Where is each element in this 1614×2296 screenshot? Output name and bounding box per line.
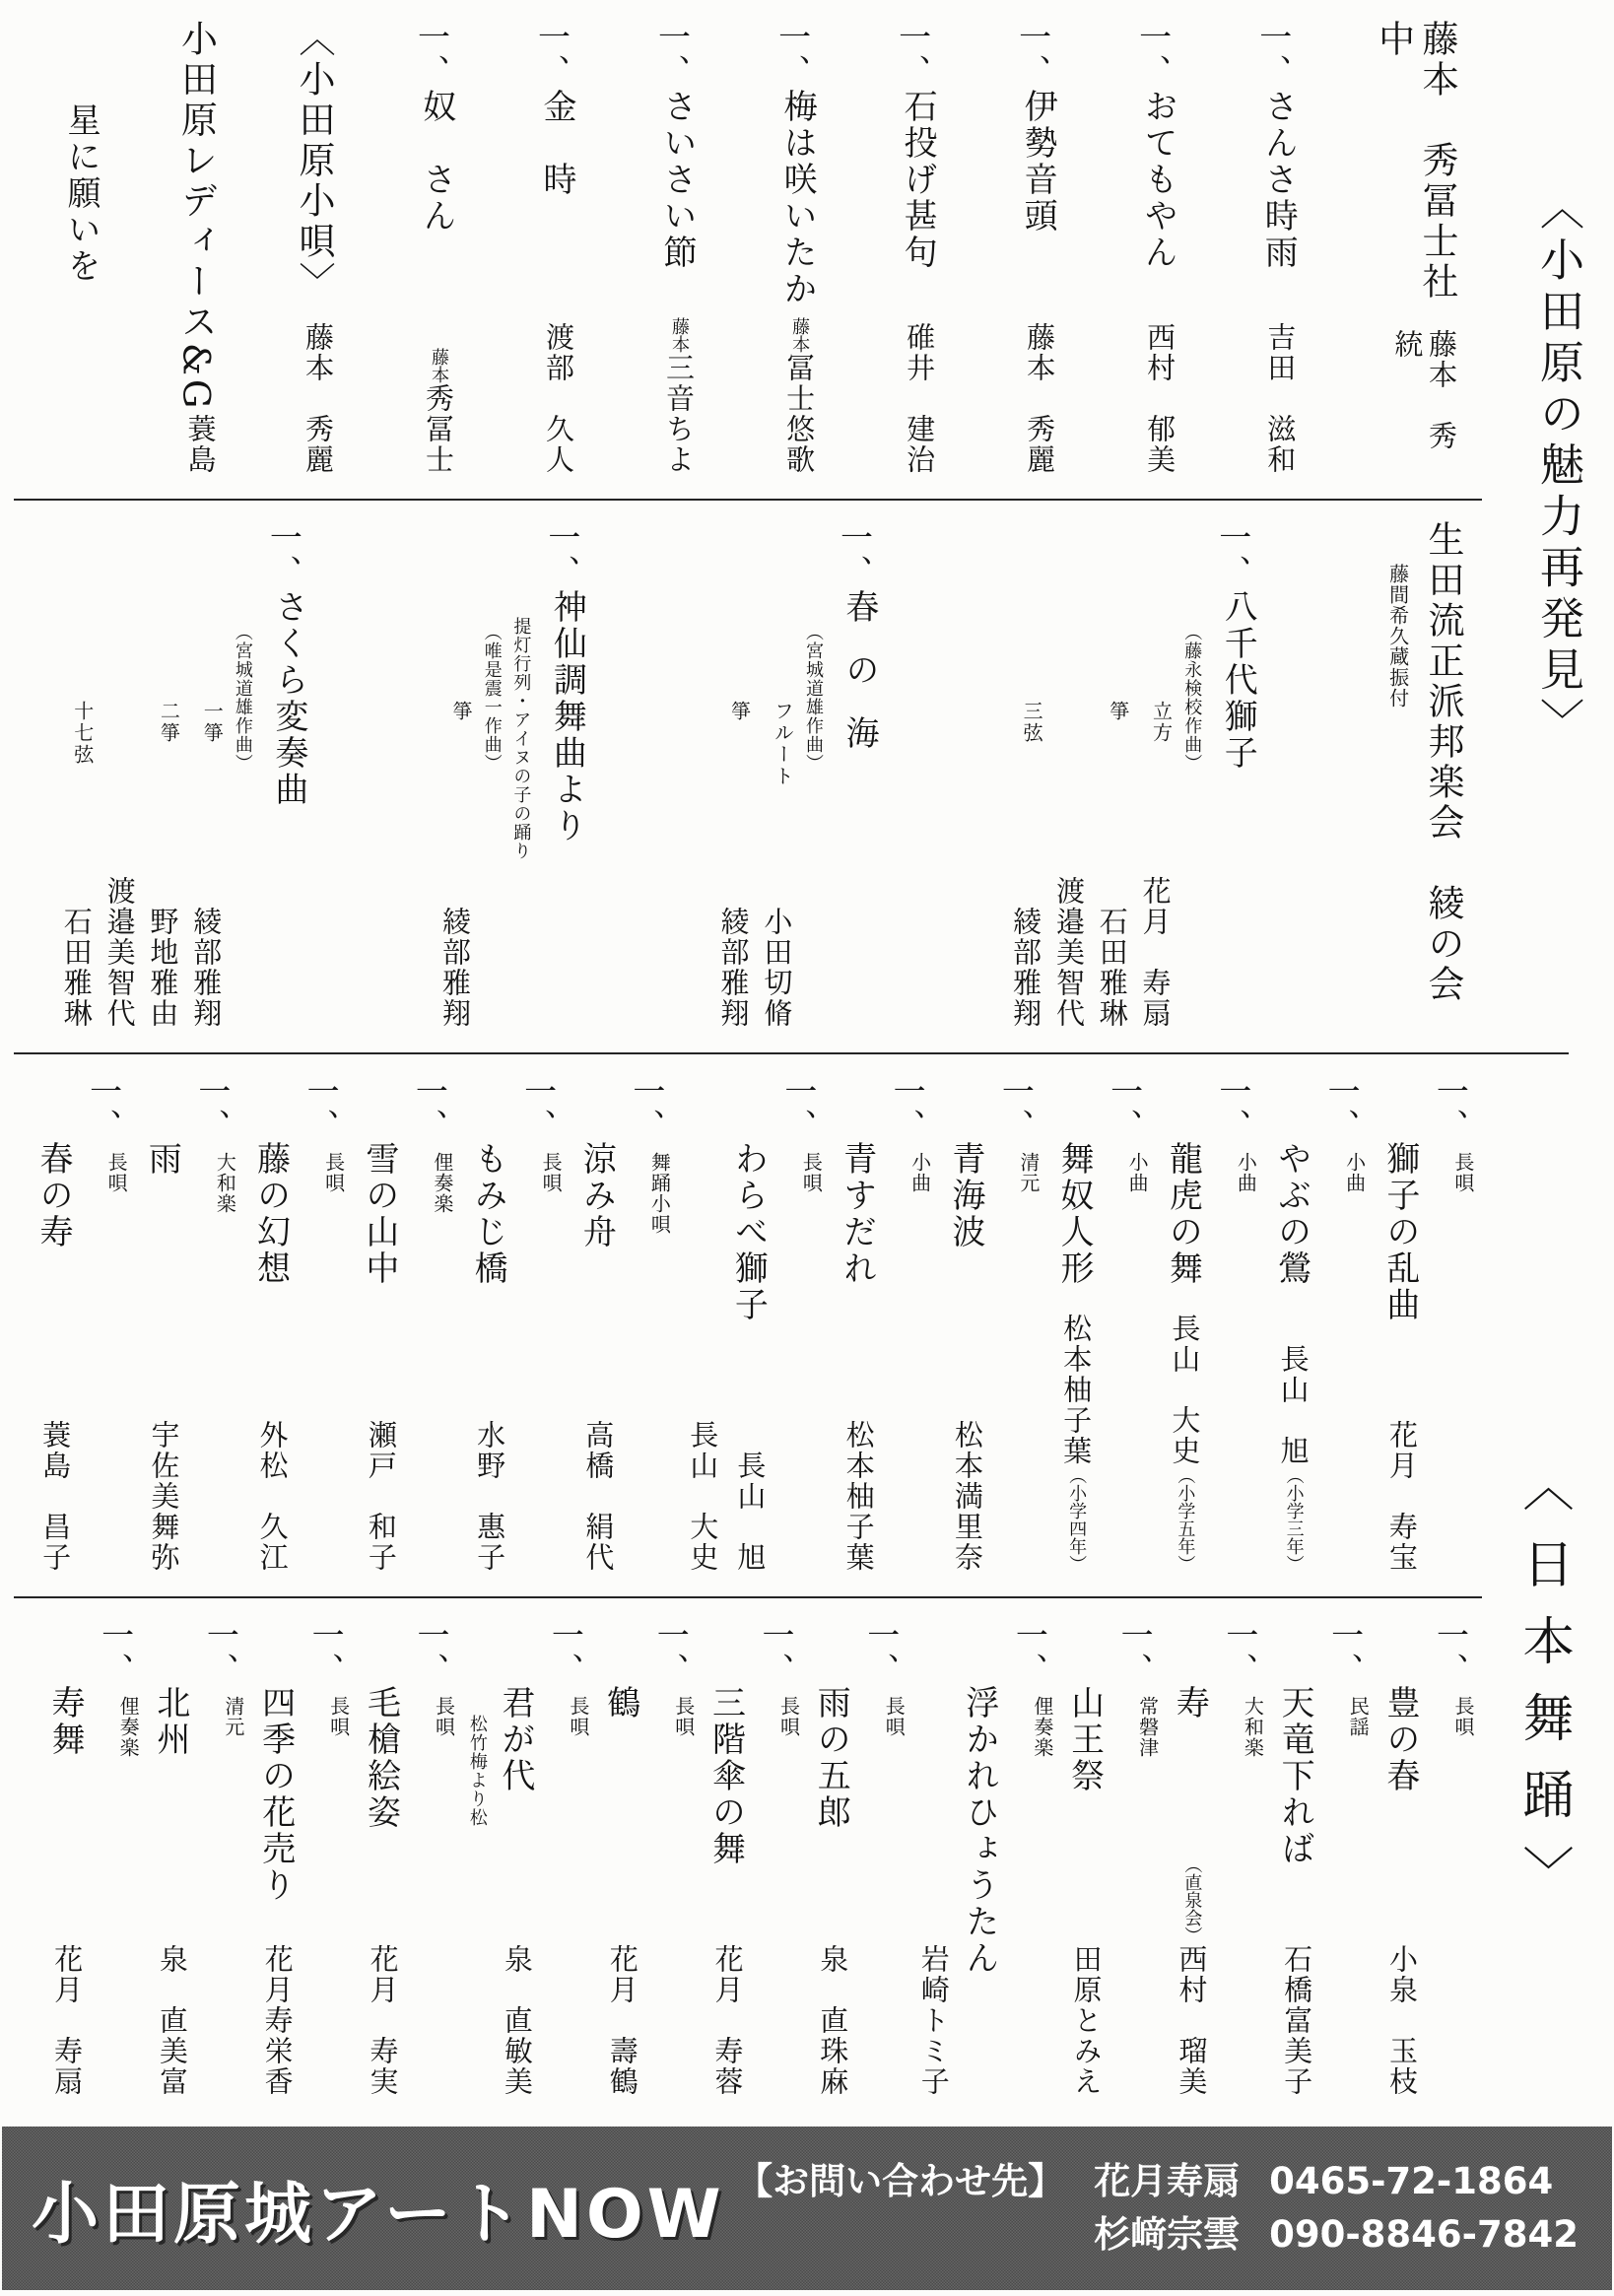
entry-number: 一、 (770, 20, 816, 89)
performer: 宇佐美舞弥 (142, 1420, 180, 1573)
entry-head-strip: 一、長唄 (648, 1618, 695, 2097)
entry-number: 一、 (1112, 1618, 1159, 1687)
entry-head-strip: 一、俚奏楽 (93, 1618, 139, 2097)
performer-name: 綾部雅翔 (189, 907, 223, 1029)
performer-name: 花月 壽鶴 (606, 1944, 639, 2097)
entry-number: 一、 (1210, 520, 1256, 589)
entry-head-strip: 一、俚奏楽 (407, 1074, 453, 1573)
contact-name: 杉﨑宗雲 (1094, 2212, 1240, 2258)
entry-number: 一、 (1428, 1618, 1474, 1687)
performer: 蓑島 昌子 (34, 1420, 72, 1573)
performer-name: 松本柚子葉 (1059, 1314, 1093, 1466)
performer: 小田切脩 (760, 907, 794, 1029)
group-title: 藤本 秀冨士社中 (1371, 20, 1458, 329)
performer: 石橋富美子 (1275, 1944, 1313, 2097)
program-entry: 一、長唄藤の幻想外松 久江 (251, 1074, 345, 1573)
performer: 高橋 絹代 (576, 1420, 615, 1573)
entry-number: 一、 (1319, 1074, 1366, 1143)
entry-main-strip: 一、金 時渡部 久人 (529, 20, 575, 475)
performer: 藤本 秀統 (1371, 329, 1458, 475)
program-entry: 一、さんさ時雨吉田 滋和 (1250, 20, 1297, 475)
program-entry: 一、石投げ甚句碓井 建治 (890, 20, 936, 475)
program-entry: 一、小曲青すだれ松本柚子葉 (838, 1074, 931, 1573)
performer-name: 水野 惠子 (473, 1420, 506, 1573)
entry-subtitle-strip: 提灯行列・アイヌの子の踊り (510, 520, 531, 1029)
program-section-buyo-2: 一、長唄豊の春小泉 玉枝一、民謡天竜下れば石橋富美子一、大和楽寿（直泉会）西村 … (0, 1598, 1614, 2123)
entry-genre: 長唄 (1428, 1152, 1474, 1193)
entry-genre: 長唄 (648, 1696, 695, 1737)
entry-number: 一、 (1217, 1618, 1263, 1687)
entry-number: 一、 (93, 1618, 139, 1687)
entry-head-strip: 一、大和楽 (1217, 1618, 1263, 2097)
performer: 長山 大史（小学五年） (1163, 1314, 1201, 1573)
group-subtitle-strip: 藤間希久蔵振付 (1387, 520, 1409, 1029)
entry-genre: 長唄 (81, 1152, 127, 1193)
program-entry: 一、奴 さん藤本秀冨士 (409, 20, 455, 475)
program-entry: 一、長唄わらべ獅子長山 旭長山 大史 (686, 1074, 823, 1573)
performer-name: 石橋富美子 (1280, 1944, 1313, 2097)
program-entry: 一、舞踊小唄涼み舟高橋 絹代 (576, 1074, 670, 1573)
entry-main-strip: 一、八千代獅子 (1210, 520, 1256, 1029)
performer-name: 西村 郁美 (1143, 322, 1177, 475)
entry-number: 一、 (1428, 1074, 1474, 1143)
entry-number: 一、 (1010, 20, 1056, 89)
entry-genre: 俚奏楽 (1007, 1696, 1053, 1758)
performer-name: 藤本 秀統 (1390, 329, 1458, 451)
entry-genre: 舞踊小唄 (624, 1152, 670, 1235)
performer-note: （小学三年） (1284, 1466, 1305, 1573)
performer-name: 綾部雅翔 (1009, 907, 1042, 1029)
divider (14, 1596, 1482, 1598)
entry-number: 一、 (543, 1618, 589, 1687)
performer-name: 小泉 玉枝 (1385, 1944, 1419, 2097)
program-entry: 一、おてもやん西村 郁美 (1130, 20, 1177, 475)
group-title: 生田流正派邦楽会 綾の会 (1421, 520, 1464, 1005)
entry-main-strip: 雪の山中瀬戸 和子 (360, 1074, 398, 1573)
program-entry: 一、常磐津山王祭田原とみえ (1065, 1618, 1159, 2097)
entry-head-strip: 一、小曲 (1319, 1074, 1366, 1573)
entry-main-strip: 一、伊勢音頭藤本 秀麗 (1010, 20, 1056, 475)
performer: 花月 寿宝 (1380, 1420, 1419, 1573)
performer: 長山 大史 (686, 1420, 720, 1573)
performer: 花月 寿蓉 (706, 1944, 744, 2097)
performer: 石田雅琳 (1095, 907, 1129, 1029)
entry-composer-strip: （宮城道雄作曲） (232, 520, 252, 1029)
entry-number: 一、 (1210, 1074, 1256, 1143)
entry-title: 四季の花売り (256, 1685, 295, 1904)
entry-composer-note: （宮城道雄作曲） (802, 623, 823, 773)
performer: 野地雅由 (146, 907, 180, 1029)
performer-name: 花月 寿宝 (1385, 1420, 1419, 1573)
performer: 綾部雅翔 (188, 907, 223, 1029)
entry-main-strip: 一、石投げ甚句碓井 建治 (890, 20, 936, 475)
entry-genre: 長唄 (515, 1152, 562, 1193)
program-section-hougaku: 生田流正派邦楽会 綾の会藤間希久蔵振付一、八千代獅子（藤永検校作曲）立方花月 寿… (0, 501, 1614, 1054)
entry-title: さくら変奏曲 (261, 589, 307, 808)
entry-genre: 大和楽 (1217, 1696, 1263, 1758)
performer: 泉 直美富 (151, 1944, 189, 2097)
entry-title: 春の海 (832, 589, 878, 778)
performer-note: （小学五年） (1175, 1466, 1195, 1573)
entry-title: 舞奴人形 (1054, 1141, 1093, 1287)
entry-genre: 大和楽 (189, 1152, 235, 1214)
entry-number: 一、 (624, 1074, 670, 1143)
performer-name: 秀冨士 (422, 383, 455, 475)
entry-title: 天竜下れば (1275, 1685, 1313, 1867)
contact-tel: 0465-72-1864 (1269, 2159, 1579, 2204)
entry-main-strip: 青すだれ松本柚子葉 (838, 1074, 876, 1573)
entry-title: さいさい節 (649, 89, 696, 271)
entry-main-strip: 一、神仙調舞曲より (539, 520, 585, 1029)
entry-number: 一、 (775, 1074, 822, 1143)
performer-strip: フルート小田切脩 (760, 520, 794, 1029)
entry-title: やぶの鶯 (1272, 1141, 1311, 1287)
performer: 花月 寿実 (361, 1944, 399, 2097)
program-entry: 一、長唄豊の春小泉 玉枝 (1380, 1618, 1474, 2097)
entry-title: 梅は咲いたか (770, 89, 816, 307)
entry-genre: 長唄 (303, 1696, 350, 1737)
group-header-strip: 生田流正派邦楽会 綾の会 (1421, 520, 1464, 1029)
entry-head-strip: 一、俚奏楽 (1007, 1618, 1053, 2097)
entry-head-strip: 一、清元 (198, 1618, 244, 2097)
entry-main-strip: 北州泉 直美富 (151, 1618, 189, 2097)
program-entry: 一、金 時渡部 久人 (529, 20, 575, 475)
performer-label: フルート (760, 701, 794, 787)
program-entry: 一、梅は咲いたか藤本冨士悠歌 (770, 20, 816, 475)
entry-main-strip: わらべ獅子長山 旭 (728, 1074, 767, 1573)
performer-label: 箏 (1095, 701, 1129, 722)
group-title: 〈小田原小唄〉 (292, 20, 335, 303)
entry-main-strip: 雨宇佐美舞弥 (142, 1074, 180, 1573)
entry-genre: 俚奏楽 (407, 1152, 453, 1214)
program-entry: 一、長唄獅子の乱曲花月 寿宝 (1380, 1074, 1474, 1573)
performer-name: 綾部雅翔 (717, 907, 751, 1029)
entry-main-strip: 豊の春小泉 玉枝 (1380, 1618, 1419, 2097)
entry-composer-note: （宮城道雄作曲） (232, 623, 252, 773)
program-entry: 一、俚奏楽浮かれひょうたん岩崎トミ子 (916, 1618, 1053, 2097)
performer: 松本柚子葉（小学四年） (1054, 1314, 1093, 1573)
group-header: 生田流正派邦楽会 綾の会藤間希久蔵振付 (1387, 520, 1464, 1029)
entry-title: 山王祭 (1065, 1685, 1104, 1794)
entry-main-strip: 君が代泉 直敏美 (496, 1618, 534, 2097)
entry-title: 寿 (1170, 1685, 1208, 1722)
performer: 瀬戸 和子 (360, 1420, 398, 1573)
performer-name: 花月 寿扇 (50, 1944, 84, 2097)
program-entry: 一、俚奏楽寿舞花月 寿扇 (45, 1618, 139, 2097)
entry-main-strip: 一、さいさい節藤本三音ちよ (649, 20, 696, 475)
program-page: 〈小田原の魅力再発見〉 〈日本舞踊〉 藤本 秀冨士社中藤本 秀統一、さんさ時雨吉… (0, 0, 1614, 2296)
entry-composer-strip: （藤永検校作曲） (1181, 520, 1202, 1029)
entry-number: 一、 (1322, 1618, 1369, 1687)
performer-name: 泉 直敏美 (501, 1944, 534, 2097)
performer-label: 三弦 (1008, 701, 1042, 744)
entry-main-strip: 四季の花売り花月寿栄香 (256, 1618, 295, 2097)
performer: 綾部雅翔 (716, 907, 751, 1029)
entry-title: 青海波 (946, 1141, 984, 1250)
contact-block: 【お問い合わせ先】 花月寿扇 0465-72-1864 杉﨑宗雲 090-884… (736, 2159, 1579, 2259)
performer-strip: 立方花月 寿扇 (1138, 520, 1173, 1029)
entry-title: 藤の幻想 (251, 1141, 290, 1287)
entry-main-strip: 毛槍絵姿花月 寿実 (361, 1618, 399, 2097)
performer-strip: 箏綾部雅翔 (437, 520, 472, 1029)
performer-label: 箏 (437, 701, 472, 722)
entry-main-strip: 春の寿蓑島 昌子 (34, 1074, 72, 1573)
entry-number: 一、 (189, 1074, 235, 1143)
entry-main-strip: 山王祭田原とみえ (1065, 1618, 1104, 2097)
entry-head-strip: 一、長唄 (753, 1618, 799, 2097)
program-entry: 一、大和楽雨宇佐美舞弥 (142, 1074, 235, 1573)
performer: 水野 惠子 (468, 1420, 506, 1573)
performer-name: 外松 久江 (256, 1420, 290, 1573)
performer-name: 碓井 建治 (903, 322, 936, 475)
entry-number: 一、 (539, 520, 585, 589)
performer-name: 西村 瑠美 (1175, 1944, 1208, 2097)
entry-title: 八千代獅子 (1210, 589, 1256, 772)
entry-number: 一、 (299, 1074, 345, 1143)
entry-title: わらべ獅子 (728, 1141, 767, 1323)
program-entry: 一、大和楽寿（直泉会）西村 瑠美 (1170, 1618, 1263, 2097)
performer-name: 松本柚子葉 (842, 1420, 876, 1573)
performer: 綾部雅翔 (1008, 907, 1042, 1029)
entry-head-strip: 一、小曲 (1210, 1074, 1256, 1573)
program-entry: 一、長唄鶴花月 壽鶴 (601, 1618, 695, 2097)
performer-strip: 十七弦石田雅琳 (59, 520, 94, 1029)
performer: 藤本三音ちよ (649, 317, 696, 475)
program-entry: 一、清元青海波松本満里奈 (946, 1074, 1040, 1573)
entry-number: 一、 (529, 20, 575, 89)
program-entry: 一、さくら変奏曲（宮城道雄作曲）一箏綾部雅翔二箏野地雅由渡邉美智代十七弦石田雅琳 (59, 520, 307, 1029)
entry-number: 一、 (1007, 1618, 1053, 1687)
entry-number: 一、 (890, 20, 936, 89)
performer-name: 長山 大史 (686, 1420, 719, 1573)
entry-head-strip: 一、小曲 (885, 1074, 931, 1573)
entry-title: 伊勢音頭 (1010, 89, 1056, 235)
program-entry: 一、長唄四季の花売り花月寿栄香 (256, 1618, 350, 2097)
entry-main-strip: 獅子の乱曲花月 寿宝 (1380, 1074, 1419, 1573)
entry-title: 豊の春 (1380, 1685, 1419, 1794)
performer: 藤本 秀麗 (1010, 322, 1056, 475)
entry-main-strip: 浮かれひょうたん (960, 1618, 998, 2097)
entry-number: 一、 (649, 20, 696, 89)
performer: 渡邉美智代 (102, 876, 137, 1029)
performer-name: 宇佐美舞弥 (147, 1420, 180, 1573)
entry-title: 北州 (151, 1685, 189, 1758)
entry-main-strip: 寿舞花月 寿扇 (45, 1618, 84, 2097)
performer-name: 石田雅琳 (1096, 907, 1129, 1029)
performer: 泉 直敏美 (496, 1944, 534, 2097)
entry-main-strip: 一、おてもやん西村 郁美 (1130, 20, 1177, 475)
contact-tel: 090-8846-7842 (1269, 2212, 1579, 2258)
program-entry: 星に願いを (61, 20, 100, 475)
entry-genre: 清元 (198, 1696, 244, 1737)
entry-composer-strip: （宮城道雄作曲） (802, 520, 823, 1029)
program-entry: 一、民謡天竜下れば石橋富美子 (1275, 1618, 1369, 2097)
entry-genre: 小曲 (1102, 1152, 1148, 1193)
performer-name: 藤本 秀麗 (1023, 322, 1056, 475)
entry-genre: 長唄 (543, 1696, 589, 1737)
performer-strip: 長山 大史 (686, 1074, 720, 1573)
entry-head-strip: 一、小曲 (1102, 1074, 1148, 1573)
program-entry: 一、長唄君が代泉 直敏美松竹梅より松 (466, 1618, 589, 2097)
entry-genre: 常磐津 (1112, 1696, 1159, 1758)
entry-number: 一、 (753, 1618, 799, 1687)
entry-main-strip: 鶴花月 壽鶴 (601, 1618, 639, 2097)
entry-title: 獅子の乱曲 (1380, 1141, 1419, 1323)
performer-name: 野地雅由 (146, 907, 179, 1029)
performer-name: 花月 寿蓉 (710, 1944, 744, 2097)
performer-name: 蓑島 (184, 414, 218, 475)
entry-main-strip: 一、奴 さん藤本秀冨士 (409, 20, 455, 475)
performer: 石田雅琳 (59, 907, 94, 1029)
program-entry: 一、長唄三階傘の舞花月 寿蓉 (706, 1618, 799, 2097)
performer: 松本柚子葉 (838, 1420, 876, 1573)
performer-name: 蓑島 昌子 (38, 1420, 72, 1573)
entry-title: 星に願いを (61, 102, 100, 285)
performer: 小泉 玉枝 (1380, 1944, 1419, 2097)
entry-genre: 小曲 (1210, 1152, 1256, 1193)
performer-name: 三音ちよ (662, 353, 696, 475)
entry-title: 雨の五郎 (811, 1685, 849, 1831)
entry-title: 金 時 (529, 89, 575, 198)
performer-name: 長山 旭 (733, 1451, 767, 1573)
performer-label: 箏 (716, 701, 751, 722)
entry-title: 青すだれ (838, 1141, 876, 1287)
performer: 長山 旭（小学三年） (1272, 1344, 1311, 1573)
entry-number: 一、 (198, 1618, 244, 1687)
performer-name: 泉 直美富 (156, 1944, 189, 2097)
entry-title: もみじ橋 (468, 1141, 506, 1287)
entry-head-strip: 一、大和楽 (189, 1074, 235, 1573)
entry-title: おてもやん (1130, 89, 1177, 271)
entry-number: 一、 (858, 1618, 905, 1687)
entry-head-strip: 一、長唄 (1428, 1618, 1474, 2097)
entry-head-strip: 一、長唄 (408, 1618, 454, 2097)
performer-name: 瀬戸 和子 (365, 1420, 398, 1573)
performer-name: 綾部雅翔 (438, 907, 472, 1029)
performer: 長山 旭 (728, 1451, 767, 1573)
entry-composer-strip: （唯是震一作曲） (481, 520, 502, 1029)
performer: 渡部 久人 (529, 322, 575, 475)
group-subtitle: 藤間希久蔵振付 (1387, 564, 1409, 709)
entry-main-strip: 三階傘の舞花月 寿蓉 (706, 1618, 744, 2097)
program-entry: 一、長唄春の寿蓑島 昌子 (34, 1074, 127, 1573)
performer-name: 花月寿栄香 (261, 1944, 295, 2097)
entry-title: 石投げ甚句 (890, 89, 936, 271)
group-header: 藤本 秀冨士社中藤本 秀統 (1371, 20, 1458, 475)
performer-name: 石田雅琳 (60, 907, 94, 1029)
performer-strip: 岩崎トミ子 (916, 1618, 951, 2097)
entry-main-strip: 一、さくら変奏曲 (261, 520, 307, 1029)
entry-number: 一、 (1102, 1074, 1148, 1143)
entry-number: 一、 (1250, 20, 1297, 89)
entry-title: 鶴 (601, 1685, 639, 1722)
performer-strip: 二箏野地雅由 (146, 520, 180, 1029)
entry-genre: 長唄 (775, 1152, 822, 1193)
entry-genre: 俚奏楽 (93, 1696, 139, 1758)
entry-head-strip: 一、長唄 (81, 1074, 127, 1573)
performer: 藤本冨士悠歌 (770, 317, 816, 475)
entry-head-strip: 一、長唄 (1428, 1074, 1474, 1573)
entry-number: 一、 (303, 1618, 350, 1687)
entry-main-strip: 一、春の海 (832, 520, 878, 1029)
entry-genre: 民謡 (1322, 1696, 1369, 1737)
entry-title: 雨 (142, 1141, 180, 1178)
group-header: 小田原レディース&G蓑島 (173, 20, 217, 475)
entry-title: 毛槍絵姿 (361, 1685, 399, 1831)
entry-head-strip: 一、長唄 (858, 1618, 905, 2097)
program-entry: 一、清元北州泉 直美富 (151, 1618, 244, 2097)
performer-name: 藤本 秀麗 (302, 322, 335, 475)
program-section-buyo-1: 一、長唄獅子の乱曲花月 寿宝一、小曲やぶの鶯長山 旭（小学三年）一、小曲龍虎の舞… (0, 1054, 1614, 1598)
entry-number: 一、 (408, 1618, 454, 1687)
performer-label: 十七弦 (59, 701, 94, 766)
performer-name: 田原とみえ (1070, 1944, 1104, 2097)
entry-number: 一、 (832, 520, 878, 589)
performer-strip: 渡邉美智代 (102, 520, 137, 1029)
entry-genre: 清元 (993, 1152, 1040, 1193)
entry-genre: 小曲 (885, 1152, 931, 1193)
entry-title: 涼み舟 (576, 1141, 615, 1250)
entry-title: 寿舞 (45, 1685, 84, 1758)
program-entry: 一、長唄雨の五郎泉 直珠麻 (811, 1618, 905, 2097)
divider (14, 499, 1482, 501)
performer-note: （直泉会） (1181, 1856, 1202, 1944)
performer-label: 一箏 (188, 701, 223, 744)
program-entry: 一、八千代獅子（藤永検校作曲）立方花月 寿扇箏石田雅琳渡邉美智代三弦綾部雅翔 (1008, 520, 1256, 1029)
program-entry: 一、小曲やぶの鶯長山 旭（小学三年） (1272, 1074, 1366, 1573)
performer-strip: 箏綾部雅翔 (716, 520, 751, 1029)
entry-genre: 長唄 (858, 1696, 905, 1737)
entry-title: 春の寿 (34, 1141, 72, 1250)
performer-name: 花月 寿実 (366, 1944, 399, 2097)
entry-subtitle-strip: 松竹梅より松 (466, 1618, 487, 2097)
performer-label: 立方 (1138, 701, 1173, 744)
performer-strip: 箏石田雅琳 (1095, 520, 1129, 1029)
entry-genre: 長唄 (1428, 1696, 1474, 1737)
group-header-strip: 小田原レディース&G蓑島 (173, 20, 217, 475)
program-entry: 一、俚奏楽雪の山中瀬戸 和子 (360, 1074, 453, 1573)
performer-note: 藤本 (429, 348, 449, 383)
entry-number: 一、 (261, 520, 307, 589)
performer: 花月寿栄香 (256, 1944, 295, 2097)
entry-title: 奴 さん (409, 89, 455, 235)
performer: （直泉会）西村 瑠美 (1170, 1856, 1208, 2097)
entry-head-strip: 一、長唄 (515, 1074, 562, 1573)
program-entry: 一、神仙調舞曲より提灯行列・アイヌの子の踊り（唯是震一作曲）箏綾部雅翔 (437, 520, 585, 1029)
entry-main-strip: 龍虎の舞長山 大史（小学五年） (1163, 1074, 1201, 1573)
entry-main-strip: もみじ橋水野 惠子 (468, 1074, 506, 1573)
entry-main-strip: 一、梅は咲いたか藤本冨士悠歌 (770, 20, 816, 475)
entry-number: 一、 (993, 1074, 1040, 1143)
performer: 花月 壽鶴 (601, 1944, 639, 2097)
entry-number: 一、 (81, 1074, 127, 1143)
performer: 花月 寿扇 (1138, 876, 1173, 1029)
entry-title: 神仙調舞曲より (539, 589, 585, 844)
performer-name: 小田切脩 (760, 907, 793, 1029)
group-header: 〈小田原小唄〉藤本 秀麗 (292, 20, 335, 475)
performer: 田原とみえ (1065, 1944, 1104, 2097)
performer-name: 花月 寿扇 (1139, 876, 1173, 1029)
entry-main-strip: 涼み舟高橋 絹代 (576, 1074, 615, 1573)
contact-name: 花月寿扇 (1094, 2159, 1240, 2204)
entry-main-strip: 雨の五郎泉 直珠麻 (811, 1618, 849, 2097)
entry-subtitle: 松竹梅より松 (466, 1715, 487, 1827)
banner-title: 小田原城アートNOW (32, 2161, 725, 2257)
performer-strip: 三弦綾部雅翔 (1008, 520, 1042, 1029)
entry-title: 浮かれひょうたん (960, 1685, 998, 1977)
entry-head-strip: 一、清元 (993, 1074, 1040, 1573)
entry-title: さんさ時雨 (1250, 89, 1297, 271)
